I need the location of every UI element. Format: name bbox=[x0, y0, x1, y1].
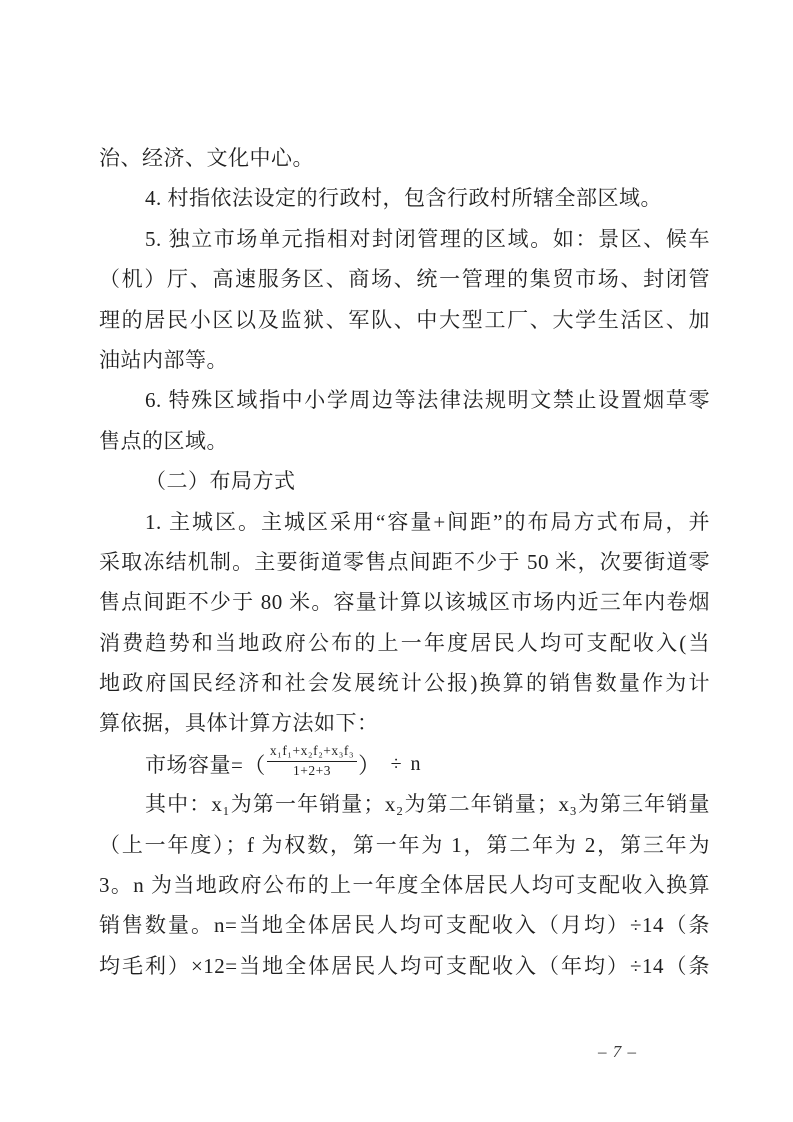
text-line: 售点的区域。 bbox=[99, 421, 710, 461]
formula-open-paren: （ bbox=[243, 749, 266, 780]
formula-close-paren: ） bbox=[358, 749, 381, 780]
formula-numerator: x₁f₁+x₂f₂+x₃f₃ bbox=[267, 744, 357, 762]
text-line: 油站内部等。 bbox=[99, 340, 710, 380]
text-line: 治、经济、文化中心。 bbox=[99, 138, 710, 178]
text-line: 其中：x₁为第一年销量；x₂为第二年销量；x₃为第三年销量 bbox=[99, 784, 710, 824]
formula-label: 市场容量= bbox=[145, 749, 243, 779]
text-line: 6. 特殊区域指中小学周边等法律法规明文禁止设置烟草零 bbox=[99, 380, 710, 420]
document-text-block: 治、经济、文化中心。4. 村指依法设定的行政村，包含行政村所辖全部区域。5. 独… bbox=[99, 138, 710, 986]
formula-fraction: x₁f₁+x₂f₂+x₃f₃ 1+2+3 bbox=[267, 744, 357, 779]
formula-divide-term: ÷ n bbox=[391, 753, 423, 776]
text-line: 销售数量。n=当地全体居民人均可支配收入（月均）÷14（条 bbox=[99, 905, 710, 945]
text-line: 采取冻结机制。主要街道零售点间距不少于 50 米，次要街道零 bbox=[99, 542, 710, 582]
text-line: 地政府国民经济和社会发展统计公报)换算的销售数量作为计 bbox=[99, 663, 710, 703]
text-line: 4. 村指依法设定的行政村，包含行政村所辖全部区域。 bbox=[99, 178, 710, 218]
text-line: 算依据，具体计算方法如下： bbox=[99, 703, 710, 743]
text-line: 5. 独立市场单元指相对封闭管理的区域。如：景区、候车 bbox=[99, 219, 710, 259]
document-page: 治、经济、文化中心。4. 村指依法设定的行政村，包含行政村所辖全部区域。5. 独… bbox=[0, 0, 793, 1122]
text-line: 理的居民小区以及监狱、军队、中大型工厂、大学生活区、加 bbox=[99, 300, 710, 340]
text-line: （上一年度）；f 为权数，第一年为 1，第二年为 2，第三年为 bbox=[99, 825, 710, 865]
text-line: 1. 主城区。主城区采用“容量+间距”的布局方式布局，并 bbox=[99, 502, 710, 542]
formula-denominator: 1+2+3 bbox=[293, 762, 331, 779]
text-line: 售点间距不少于 80 米。容量计算以该城区市场内近三年内卷烟 bbox=[99, 582, 710, 622]
text-line: 均毛利）×12=当地全体居民人均可支配收入（年均）÷14（条 bbox=[99, 946, 710, 986]
paragraph-lines-after-formula: 其中：x₁为第一年销量；x₂为第二年销量；x₃为第三年销量（上一年度）；f 为权… bbox=[99, 784, 710, 986]
paragraph-lines-before-formula: 治、经济、文化中心。4. 村指依法设定的行政村，包含行政村所辖全部区域。5. 独… bbox=[99, 138, 710, 744]
text-line: 3。n 为当地政府公布的上一年度全体居民人均可支配收入换算 bbox=[99, 865, 710, 905]
page-number: – 7 – bbox=[598, 1042, 637, 1062]
text-line: （机）厅、高速服务区、商场、统一管理的集贸市场、封闭管 bbox=[99, 259, 710, 299]
formula-line: 市场容量= （ x₁f₁+x₂f₂+x₃f₃ 1+2+3 ） ÷ n bbox=[99, 744, 710, 784]
text-line: （二）布局方式 bbox=[99, 461, 710, 501]
text-line: 消费趋势和当地政府公布的上一年度居民人均可支配收入(当 bbox=[99, 623, 710, 663]
